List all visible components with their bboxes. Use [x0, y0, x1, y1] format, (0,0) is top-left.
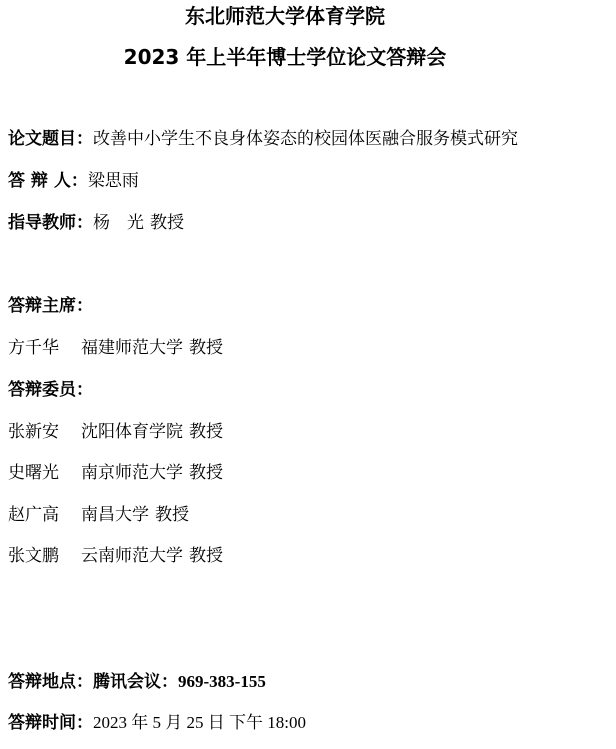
candidate-label: 答 辩 人：: [8, 171, 88, 191]
member-name: 史曙光: [8, 463, 59, 483]
member-institution: 云南师范大学: [81, 546, 183, 566]
time-row: 答辩时间：2023 年 5 月 25 日 下午 18:00: [8, 712, 306, 734]
advisor-row: 指导教师：杨 光教授: [8, 212, 184, 234]
time-value: 2023 年 5 月 25 日 下午 18:00: [93, 713, 306, 732]
advisor-name: 杨 光: [93, 213, 144, 233]
member-name: 张新安: [8, 422, 59, 442]
chair-member: 方千华福建师范大学教授: [8, 337, 223, 359]
committee-member: 张文鹏云南师范大学教授: [8, 545, 223, 567]
member-institution: 南京师范大学: [81, 463, 183, 483]
location-value: 腾讯会议：969-383-155: [93, 672, 266, 691]
member-name: 方千华: [8, 338, 59, 358]
chair-label: 答辩主席：: [8, 295, 93, 317]
committee-member: 赵广高南昌大学教授: [8, 504, 189, 526]
committee-member: 史曙光南京师范大学教授: [8, 462, 223, 484]
committee-member: 张新安沈阳体育学院教授: [8, 421, 223, 443]
member-title: 教授: [189, 422, 223, 442]
candidate-row: 答 辩 人：梁思雨: [8, 170, 139, 192]
member-name: 赵广高: [8, 505, 59, 525]
candidate-name: 梁思雨: [88, 171, 139, 191]
member-name: 张文鹏: [8, 546, 59, 566]
member-title: 教授: [189, 338, 223, 358]
member-title: 教授: [155, 505, 189, 525]
time-label: 答辩时间：: [8, 713, 93, 733]
thesis-title: 改善中小学生不良身体姿态的校园体医融合服务模式研究: [93, 129, 518, 149]
thesis-label: 论文题目：: [8, 129, 93, 149]
member-institution: 福建师范大学: [81, 338, 183, 358]
advisor-label: 指导教师：: [8, 213, 93, 233]
title-line-2: 2023 年上半年博士学位论文答辩会: [0, 45, 570, 69]
location-label: 答辩地点：: [8, 672, 93, 692]
member-title: 教授: [189, 546, 223, 566]
location-row: 答辩地点：腾讯会议：969-383-155: [8, 671, 266, 693]
title-line-1: 东北师范大学体育学院: [0, 4, 570, 28]
member-institution: 南昌大学: [81, 505, 149, 525]
member-title: 教授: [189, 463, 223, 483]
thesis-row: 论文题目：改善中小学生不良身体姿态的校园体医融合服务模式研究: [8, 128, 518, 150]
committee-label: 答辩委员：: [8, 379, 93, 401]
member-institution: 沈阳体育学院: [81, 422, 183, 442]
advisor-title: 教授: [150, 213, 184, 233]
